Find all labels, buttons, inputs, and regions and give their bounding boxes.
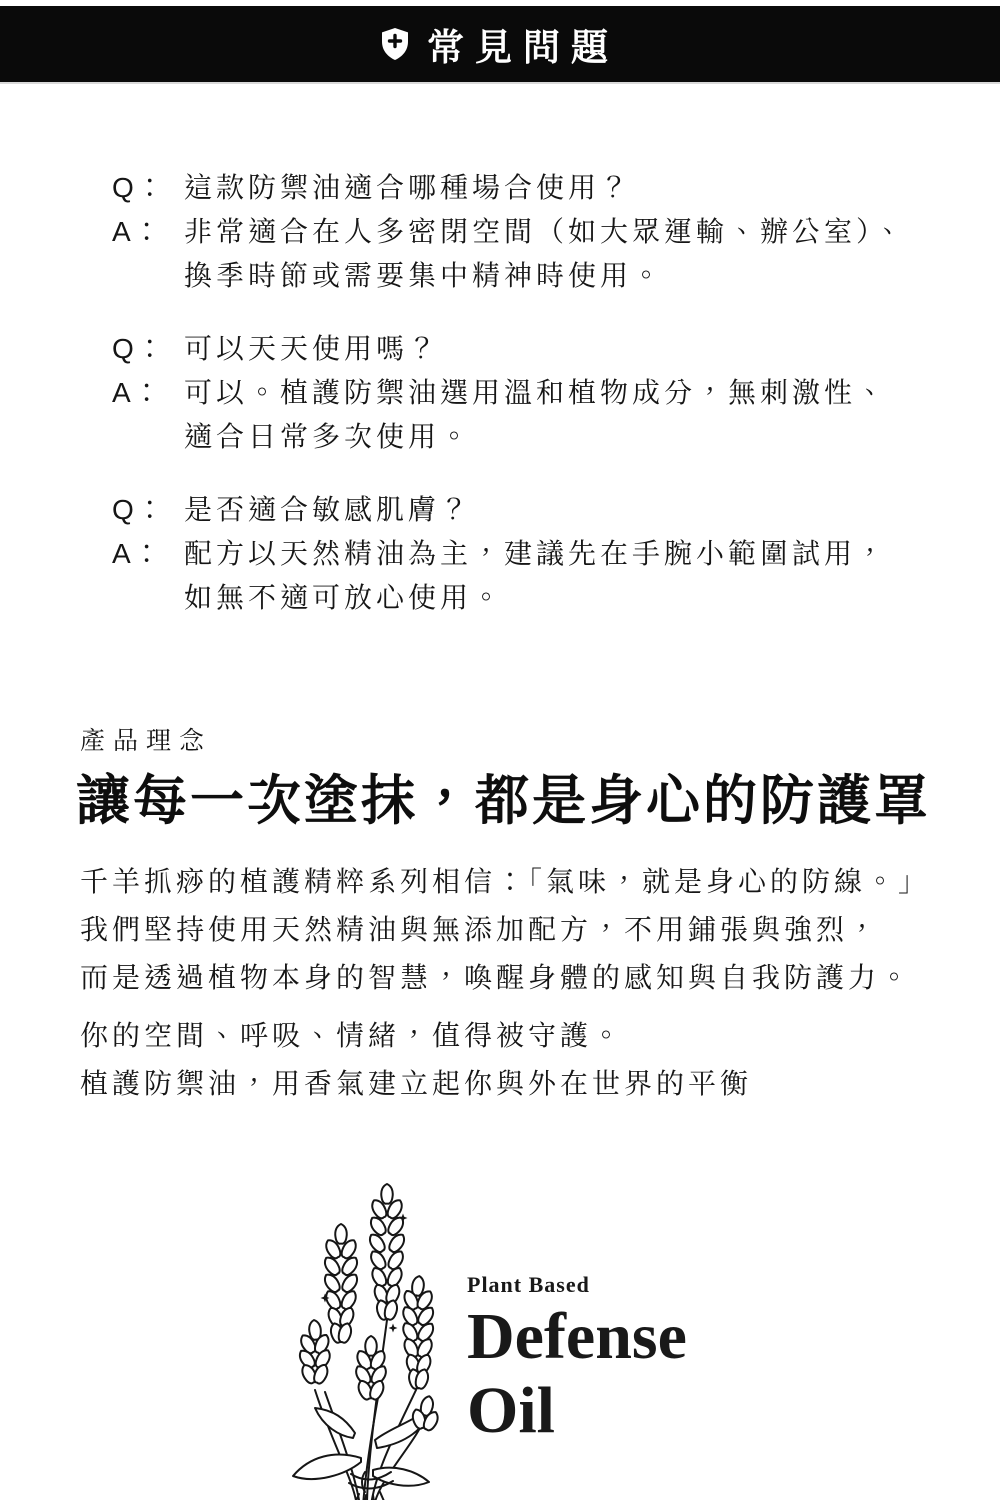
faq-list: Q： 這款防禦油適合哪種場合使用？ A： 非常適合在人多密閉空間（如大眾運輸、辦… (112, 166, 962, 649)
question-row: Q： 是否適合敏感肌膚？ (112, 488, 962, 532)
faq-item: Q： 這款防禦油適合哪種場合使用？ A： 非常適合在人多密閉空間（如大眾運輸、辦… (112, 166, 962, 298)
answer-row: A： 非常適合在人多密閉空間（如大眾運輸、辦公室）、 換季時節或需要集中精神時使… (112, 210, 962, 298)
question-prefix: Q： (112, 327, 184, 371)
question-text: 可以天天使用嗎？ (184, 327, 962, 371)
question-row: Q： 這款防禦油適合哪種場合使用？ (112, 166, 962, 210)
shield-plus-icon (381, 27, 409, 61)
philosophy-paragraph-1: 千羊抓痧的植護精粹系列相信：「氣味，就是身心的防線。」 我們堅持使用天然精油與無… (80, 858, 930, 1002)
question-prefix: Q： (112, 488, 184, 532)
philosophy-paragraph-2: 你的空間、呼吸、情緒，值得被守護。 植護防禦油，用香氣建立起你與外在世界的平衡 (80, 1012, 752, 1108)
lavender-bouquet-illustration (275, 1178, 445, 1500)
philosophy-heading: 讓每一次塗抹，都是身心的防護罩 (76, 758, 931, 835)
brand-name-line-2: Oil (467, 1374, 687, 1448)
answer-row: A： 配方以天然精油為主，建議先在手腕小範圍試用， 如無不適可放心使用。 (112, 532, 962, 620)
brand-tagline: Plant Based (467, 1270, 687, 1300)
answer-text: 非常適合在人多密閉空間（如大眾運輸、辦公室）、 換季時節或需要集中精神時使用。 (184, 210, 962, 298)
faq-section-header: 常見問題 (0, 6, 1000, 84)
question-row: Q： 可以天天使用嗎？ (112, 327, 962, 371)
brand-name-line-1: Defense (467, 1300, 687, 1374)
question-text: 這款防禦油適合哪種場合使用？ (184, 166, 962, 210)
faq-item: Q： 可以天天使用嗎？ A： 可以。植護防禦油選用溫和植物成分，無刺激性、 適合… (112, 327, 962, 459)
answer-prefix: A： (112, 532, 184, 576)
answer-text: 配方以天然精油為主，建議先在手腕小範圍試用， 如無不適可放心使用。 (184, 532, 962, 620)
product-info-page: { "page": { "background": "#ffffff", "te… (0, 0, 1000, 1500)
philosophy-label: 產品理念 (80, 721, 212, 757)
answer-row: A： 可以。植護防禦油選用溫和植物成分，無刺激性、 適合日常多次使用。 (112, 371, 962, 459)
faq-title: 常見問題 (427, 17, 619, 71)
answer-prefix: A： (112, 371, 184, 415)
answer-text: 可以。植護防禦油選用溫和植物成分，無刺激性、 適合日常多次使用。 (184, 371, 962, 459)
answer-prefix: A： (112, 210, 184, 254)
faq-item: Q： 是否適合敏感肌膚？ A： 配方以天然精油為主，建議先在手腕小範圍試用， 如… (112, 488, 962, 620)
brand-text: Plant Based Defense Oil (467, 1270, 687, 1448)
question-prefix: Q： (112, 166, 184, 210)
question-text: 是否適合敏感肌膚？ (184, 488, 962, 532)
brand-lockup: Plant Based Defense Oil (275, 1178, 915, 1500)
